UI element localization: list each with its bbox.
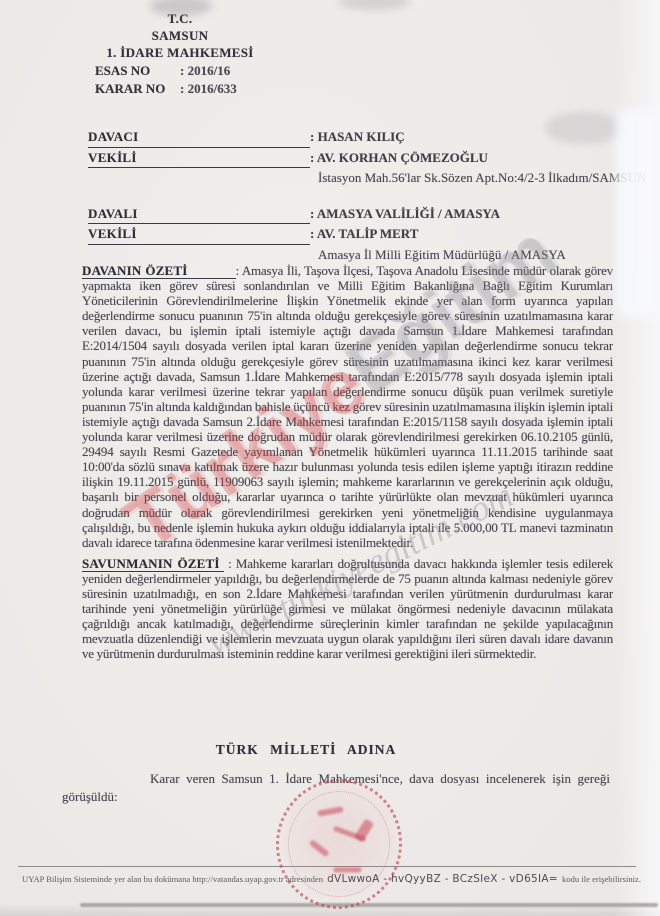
savunmanin-ozeti-paragraph: SAVUNMANIN ÖZETİ : Mahkeme kararları doğ… xyxy=(82,556,613,662)
stamp-ink-mark xyxy=(354,818,374,842)
case-numbers: ESAS NO : 2016/16 KARAR NO : 2016/633 xyxy=(95,62,237,98)
esas-no-label: ESAS NO xyxy=(95,62,180,80)
davaci-label: DAVACI xyxy=(88,128,310,148)
savunmanin-ozeti-text: : Mahkeme kararları doğrultusunda davacı… xyxy=(82,556,613,662)
scan-smudge xyxy=(545,112,623,144)
scan-smudge xyxy=(338,0,410,10)
parties-spacer xyxy=(88,188,618,205)
davali-label: DAVALI xyxy=(88,205,310,225)
karar-no-value: : 2016/633 xyxy=(180,80,237,98)
karar-no-label: KARAR NO xyxy=(95,80,180,98)
davanin-ozeti-text: : Amasya İli, Taşova İlçesi, Taşova Anad… xyxy=(82,263,613,550)
court-header: T.C. SAMSUN 1. İDARE MAHKEMESİ xyxy=(40,10,320,61)
karar-no-row: KARAR NO : 2016/633 xyxy=(95,80,237,98)
stamp-ink-mark xyxy=(317,806,344,816)
davali-vekili-address: Amasya İl Milli Eğitim Müdürlüğü / AMASY… xyxy=(88,246,618,265)
scan-bottom-line xyxy=(80,903,658,907)
davaci-vekili-value: : AV. KORHAN ÇÖMEZOĞLU xyxy=(310,149,488,169)
esas-no-value: : 2016/16 xyxy=(180,62,230,80)
turk-milleti-adina-heading: TÜRK MİLLETİ ADINA xyxy=(0,742,612,758)
davanin-ozeti-label: DAVANIN ÖZETİ xyxy=(82,263,236,279)
esas-no-row: ESAS NO : 2016/16 xyxy=(95,62,237,80)
davaci-vekili-label: VEKİLİ xyxy=(88,149,310,169)
davali-value: : AMASYA VALİLİĞİ / AMASYA xyxy=(310,205,500,225)
davali-vekili-row: VEKİLİ : AV. TALİP MERT xyxy=(88,225,618,245)
davali-row: DAVALI : AMASYA VALİLİĞİ / AMASYA xyxy=(88,205,618,225)
scan-edge-artifact xyxy=(616,108,658,318)
stamp-ink-mark xyxy=(333,867,361,872)
header-city: SAMSUN xyxy=(40,27,320,44)
davanin-ozeti-paragraph: DAVANIN ÖZETİ: Amasya İli, Taşova İlçesi… xyxy=(82,263,613,550)
davaci-row: DAVACI : HASAN KILIÇ xyxy=(88,128,618,148)
davaci-vekili-row: VEKİLİ : AV. KORHAN ÇÖMEZOĞLU xyxy=(88,149,618,169)
parties-block: DAVACI : HASAN KILIÇ VEKİLİ : AV. KORHAN… xyxy=(88,128,618,264)
davali-vekili-value: : AV. TALİP MERT xyxy=(310,225,418,245)
davaci-value: : HASAN KILIÇ xyxy=(310,128,405,148)
document-body: DAVANIN ÖZETİ: Amasya İli, Taşova İlçesi… xyxy=(82,263,613,667)
davaci-vekili-address: İstasyon Mah.56'lar Sk.Sözen Apt.No:4/2-… xyxy=(88,169,618,188)
stamp-ink-mark xyxy=(309,839,330,857)
scanned-court-document: TürkiyeEğitim www.turkiyeegitim.com T.C.… xyxy=(0,0,660,916)
header-court: 1. İDARE MAHKEMESİ xyxy=(40,44,320,61)
davali-vekili-label: VEKİLİ xyxy=(88,225,310,245)
footer-prefix: UYAP Bilişim Sisteminde yer alan bu dokü… xyxy=(22,874,323,884)
footer-suffix: kodu ile erişebilirsiniz. xyxy=(562,874,641,884)
savunmanin-ozeti-label: SAVUNMANIN ÖZETİ xyxy=(82,556,224,572)
